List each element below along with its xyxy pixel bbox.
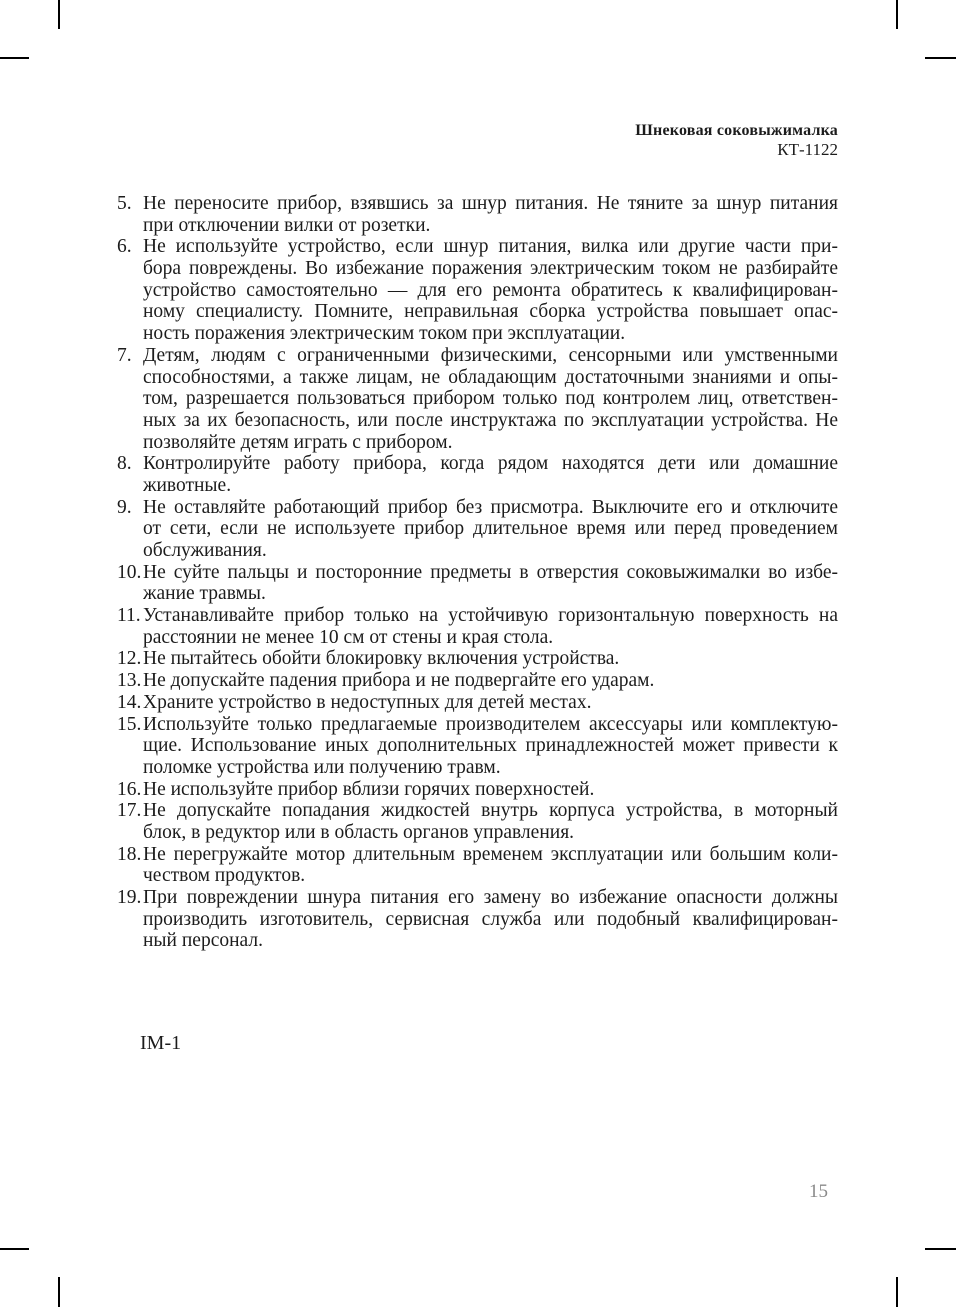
list-item: 9. Не оставляйте работающий прибор без п… (117, 497, 838, 562)
page-number: 15 (809, 1180, 828, 1204)
item-line: При повреждении шнура питания его замену… (143, 887, 838, 909)
item-line: Используйте только предлагаемые производ… (143, 714, 838, 736)
item-line: Не оставляйте работающий прибор без прис… (143, 497, 838, 519)
item-line: позволяйте детям играть с прибором. (143, 432, 838, 454)
item-number: 8. (117, 453, 132, 475)
item-line: Устанавливайте прибор только на устойчив… (143, 605, 838, 627)
item-line: ный персонал. (143, 930, 838, 952)
item-line: при отключении вилки от розетки. (143, 215, 838, 237)
item-lines: Не используйте устройство, если шнур пит… (143, 236, 838, 344)
item-line: жание травмы. (143, 583, 838, 605)
item-lines: Не допускайте попадания жидкостей внутрь… (143, 800, 838, 843)
crop-mark-bottom-left-horizontal (0, 1248, 29, 1250)
item-lines: Не допускайте падения прибора и не подве… (143, 670, 838, 692)
item-number: 6. (117, 236, 132, 258)
item-lines: Не оставляйте работающий прибор без прис… (143, 497, 838, 562)
item-line: животные. (143, 475, 838, 497)
item-line: блок, в редуктор или в область органов у… (143, 822, 838, 844)
product-title: Шнековая соковыжималка (635, 121, 838, 140)
item-line: устройство самостоятельно — для его ремо… (143, 280, 838, 302)
item-line: Контролируйте работу прибора, когда рядо… (143, 453, 838, 475)
item-number: 11. (117, 605, 141, 627)
manual-page: Шнековая соковыжималка КТ-1122 5. Не пер… (0, 0, 956, 1307)
item-line: бора повреждены. Во избежание поражения … (143, 258, 838, 280)
list-item: 13. Не допускайте падения прибора и не п… (117, 670, 838, 692)
item-line: ных за их безопасность, или после инстру… (143, 410, 838, 432)
item-number: 7. (117, 345, 132, 367)
model-number: КТ-1122 (635, 140, 838, 159)
item-number: 9. (117, 497, 132, 519)
item-line: поломке устройства или получению травм. (143, 757, 838, 779)
crop-mark-top-right-vertical (896, 0, 898, 29)
item-lines: При повреждении шнура питания его замену… (143, 887, 838, 952)
list-item: 15. Используйте только предлагаемые прои… (117, 714, 838, 779)
item-line: Храните устройство в недоступных для дет… (143, 692, 838, 714)
list-item: 12. Не пытайтесь обойти блокировку включ… (117, 648, 838, 670)
item-number: 17. (117, 800, 141, 822)
item-number: 16. (117, 779, 141, 801)
list-item: 7. Детям, людям с ограниченными физическ… (117, 345, 838, 453)
item-line: чеством продуктов. (143, 865, 838, 887)
item-lines: Не перегружайте мотор длительным времене… (143, 844, 838, 887)
item-line: Не используйте прибор вблизи горячих пов… (143, 779, 838, 801)
list-item: 5. Не переносите прибор, взявшись за шну… (117, 193, 838, 236)
crop-mark-top-left-vertical (58, 0, 60, 29)
item-lines: Не пытайтесь обойти блокировку включения… (143, 648, 838, 670)
item-lines: Не переносите прибор, взявшись за шнур п… (143, 193, 838, 236)
list-item: 6. Не используйте устройство, если шнур … (117, 236, 838, 344)
item-number: 19. (117, 887, 141, 909)
item-line: от сети, если не используете прибор длит… (143, 518, 838, 540)
item-number: 14. (117, 692, 141, 714)
list-item: 11. Устанавливайте прибор только на усто… (117, 605, 838, 648)
item-lines: Детям, людям с ограниченными физическими… (143, 345, 838, 453)
item-line: Не перегружайте мотор длительным времене… (143, 844, 838, 866)
item-number: 10. (117, 562, 141, 584)
item-lines: Устанавливайте прибор только на устойчив… (143, 605, 838, 648)
list-item: 16. Не используйте прибор вблизи горячих… (117, 779, 838, 801)
safety-instructions-list: 5. Не переносите прибор, взявшись за шну… (117, 193, 838, 952)
item-line: том, разрешается пользоваться прибором т… (143, 388, 838, 410)
item-number: 15. (117, 714, 141, 736)
crop-mark-top-right-horizontal (925, 57, 956, 59)
item-lines: Не используйте прибор вблизи горячих пов… (143, 779, 838, 801)
list-item: 19. При повреждении шнура питания его за… (117, 887, 838, 952)
item-line: Не допускайте попадания жидкостей внутрь… (143, 800, 838, 822)
item-line: Не допускайте падения прибора и не подве… (143, 670, 838, 692)
item-line: обслуживания. (143, 540, 838, 562)
item-number: 12. (117, 648, 141, 670)
item-line: ность поражения электрическим током при … (143, 323, 838, 345)
item-lines: Используйте только предлагаемые производ… (143, 714, 838, 779)
item-line: Не пытайтесь обойти блокировку включения… (143, 648, 838, 670)
crop-mark-bottom-right-vertical (896, 1277, 898, 1307)
document-header: Шнековая соковыжималка КТ-1122 (635, 121, 838, 159)
crop-mark-top-left-horizontal (0, 57, 29, 59)
item-line: Не переносите прибор, взявшись за шнур п… (143, 193, 838, 215)
document-code: IM-1 (140, 1031, 181, 1055)
list-item: 17. Не допускайте попадания жидкостей вн… (117, 800, 838, 843)
item-line: Не суйте пальцы и посторонние предметы в… (143, 562, 838, 584)
item-lines: Контролируйте работу прибора, когда рядо… (143, 453, 838, 496)
item-lines: Храните устройство в недоступных для дет… (143, 692, 838, 714)
item-line: производить изготовитель, сервисная служ… (143, 909, 838, 931)
item-line: щие. Использование иных дополнительных п… (143, 735, 838, 757)
list-item: 10. Не суйте пальцы и посторонние предме… (117, 562, 838, 605)
list-item: 8. Контролируйте работу прибора, когда р… (117, 453, 838, 496)
item-number: 5. (117, 193, 132, 215)
item-line: ному специалисту. Помните, неправильная … (143, 301, 838, 323)
item-number: 13. (117, 670, 141, 692)
list-item: 18. Не перегружайте мотор длительным вре… (117, 844, 838, 887)
item-line: Детям, людям с ограниченными физическими… (143, 345, 838, 367)
item-line: Не используйте устройство, если шнур пит… (143, 236, 838, 258)
item-line: расстоянии не менее 10 см от стены и кра… (143, 627, 838, 649)
item-number: 18. (117, 844, 141, 866)
item-line: способностями, а также лицам, не обладаю… (143, 367, 838, 389)
list-item: 14. Храните устройство в недоступных для… (117, 692, 838, 714)
item-lines: Не суйте пальцы и посторонние предметы в… (143, 562, 838, 605)
crop-mark-bottom-right-horizontal (925, 1248, 956, 1250)
crop-mark-bottom-left-vertical (58, 1277, 60, 1307)
